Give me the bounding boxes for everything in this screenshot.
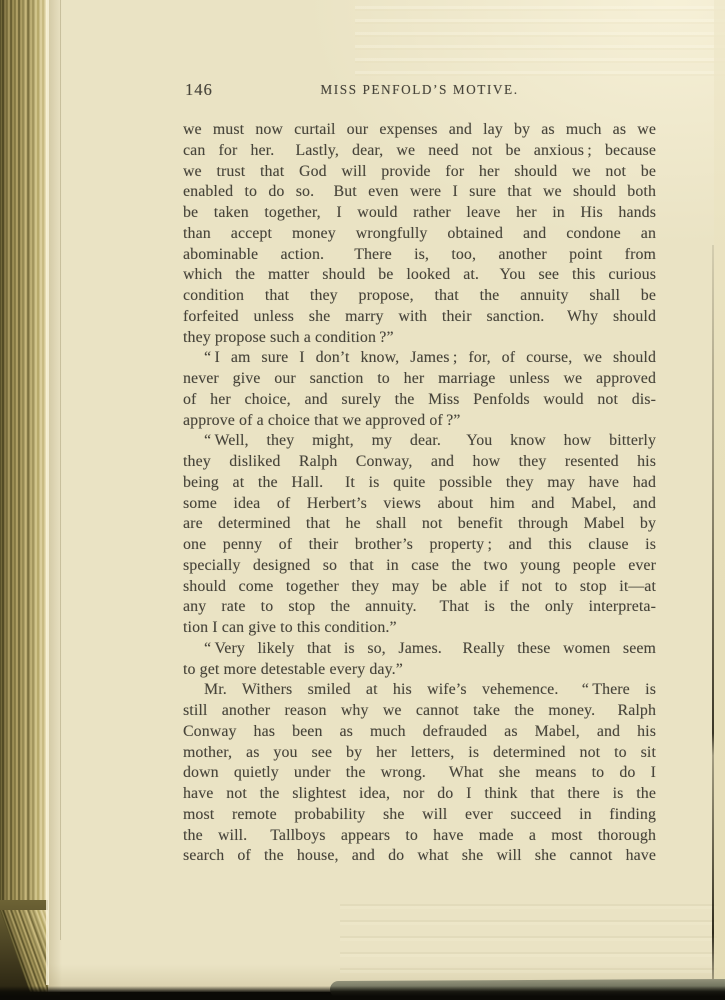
- text-line: Conway has been as much defrauded as Mab…: [183, 722, 656, 743]
- text-line: tion I can give to this condition.”: [183, 618, 656, 639]
- paragraph: “ Very likely that is so, James. Really …: [183, 639, 656, 681]
- book-scan: 146 MISS PENFOLD’S MOTIVE. we must now c…: [0, 0, 725, 1000]
- text-line: some idea of Herbert’s views about him a…: [183, 494, 656, 515]
- text-line: have not the slightest idea, nor do I th…: [183, 784, 656, 805]
- text-line: specially designed so that in case the t…: [183, 556, 656, 577]
- text-line: approve of a choice that we approved of …: [183, 411, 656, 432]
- page-header: 146 MISS PENFOLD’S MOTIVE.: [183, 80, 656, 102]
- paragraph: “ Well, they might, my dear. You know ho…: [183, 431, 656, 639]
- text-line: abominable action. There is, too, anothe…: [183, 245, 656, 266]
- paragraph: Mr. Withers smiled at his wife’s vehemen…: [183, 680, 656, 867]
- text-line: we trust that God will provide for her s…: [183, 162, 656, 183]
- text-line: mother, as you see by her letters, is de…: [183, 743, 656, 764]
- text-line: most remote probability she will ever su…: [183, 805, 656, 826]
- text-line: “ Very likely that is so, James. Really …: [183, 639, 656, 660]
- text-line: down quietly under the wrong. What she m…: [183, 763, 656, 784]
- text-line: still another reason why we cannot take …: [183, 701, 656, 722]
- text-line: search of the house, and do what she wil…: [183, 846, 656, 867]
- book-page-edges: [0, 0, 52, 992]
- text-line: should come together they may be able if…: [183, 577, 656, 598]
- paragraph: we must now curtail our expenses and lay…: [183, 120, 656, 348]
- page-crease: [60, 0, 61, 940]
- text-line: “ I am sure I don’t know, James ; for, o…: [183, 348, 656, 369]
- text-line: being at the Hall. It is quite possible …: [183, 473, 656, 494]
- text-line: to get more detestable every day.”: [183, 660, 656, 681]
- scan-bottom-shadow: [0, 986, 725, 1000]
- text-line: than accept money wrongfully obtained an…: [183, 224, 656, 245]
- text-line: condition that they propose, that the an…: [183, 286, 656, 307]
- page-gutter-highlight: [46, 0, 49, 985]
- page-curvature-streaks-top: [355, 6, 725, 78]
- text-line: Mr. Withers smiled at his wife’s vehemen…: [183, 680, 656, 701]
- text-line: forfeited unless she marry with their sa…: [183, 307, 656, 328]
- text-line: are determined that he shall not benefit…: [183, 514, 656, 535]
- text-line: can for her. Lastly, dear, we need not b…: [183, 141, 656, 162]
- text-line: never give our sanction to her marriage …: [183, 369, 656, 390]
- page-edge-line: [712, 245, 714, 985]
- text-line: enabled to do so. But even were I sure t…: [183, 182, 656, 203]
- text-line: we must now curtail our expenses and lay…: [183, 120, 656, 141]
- text-line: they disliked Ralph Conway, and how they…: [183, 452, 656, 473]
- text-line: they propose such a condition ?”: [183, 328, 656, 349]
- text-line: one penny of their brother’s property ; …: [183, 535, 656, 556]
- paragraph: “ I am sure I don’t know, James ; for, o…: [183, 348, 656, 431]
- running-title: MISS PENFOLD’S MOTIVE.: [183, 82, 656, 98]
- text-line: of her choice, and surely the Miss Penfo…: [183, 390, 656, 411]
- page-body-text: we must now curtail our expenses and lay…: [183, 120, 656, 867]
- text-line: “ Well, they might, my dear. You know ho…: [183, 431, 656, 452]
- facing-page-edge: [714, 0, 725, 985]
- text-line: be taken together, I would rather leave …: [183, 203, 656, 224]
- page-curvature-streaks-bottom: [340, 904, 717, 974]
- text-line: which the matter should be looked at. Yo…: [183, 265, 656, 286]
- text-line: any rate to stop the annuity. That is th…: [183, 597, 656, 618]
- text-line: the will. Tallboys appears to have made …: [183, 826, 656, 847]
